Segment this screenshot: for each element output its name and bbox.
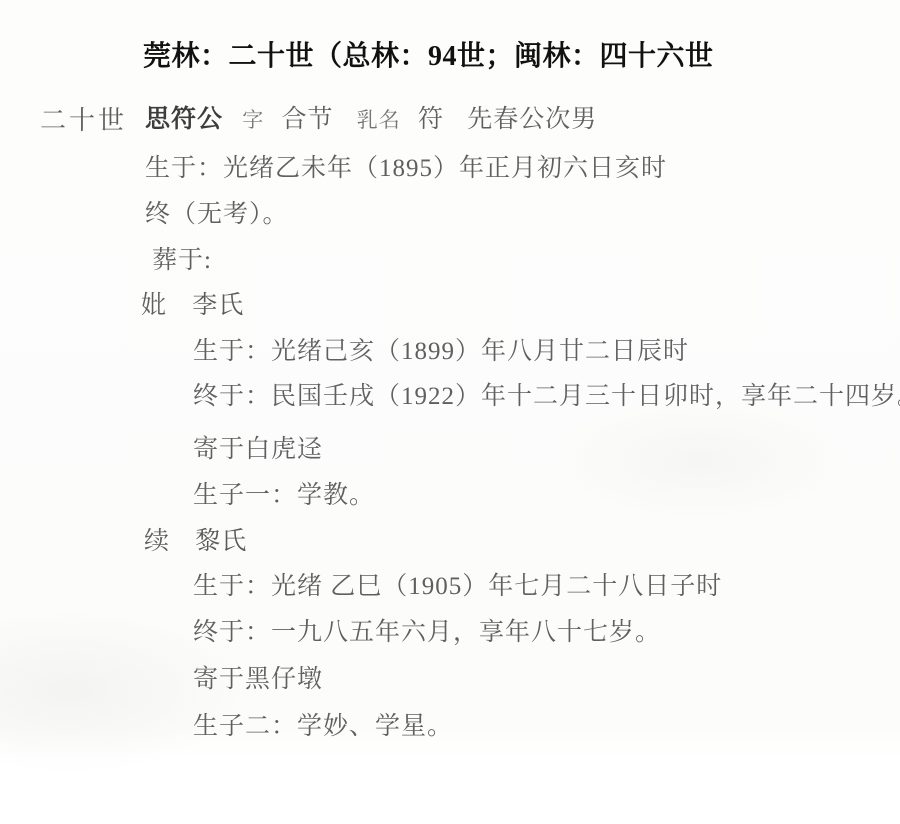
page-title: 莞林：二十世（总林：94世；闽林：四十六世 [143,42,714,73]
courtesy-name: 合节 [282,106,334,133]
spouse-2-header: 续 黎氏 [144,528,247,556]
spouse-2-role-label: 续 [144,528,170,555]
spouse-1-children-line: 生子一：学教。 [193,482,375,510]
spouse-1-role-label: 妣 [141,292,167,319]
spouse-1-birth-line: 生于：光绪己亥（1899）年八月廿二日辰时 [193,338,689,366]
spouse-2-surname: 黎氏 [195,528,247,555]
spouse-2-resting-line: 寄于黑仔墩 [193,666,323,694]
courtesy-name-label: 字 [242,108,264,132]
genealogy-scan-page: 莞林：二十世（总林：94世；闽林：四十六世 二十世 思符公 字 合节 乳名 符 … [0,0,900,824]
spouse-2-death-line: 终于：一九八五年六月，享年八十七岁。 [193,619,661,647]
person-birth-line: 生于：光绪乙未年（1895）年正月初六日亥时 [145,155,667,183]
milk-name: 符 [418,106,444,133]
person-name-line: 思符公 字 合节 乳名 符 先春公次男 [145,106,597,134]
person-death-line: 终（无考）。 [145,201,289,229]
generation-label: 二十世 [40,107,127,136]
person-burial-label: 葬于: [152,247,212,275]
lineage-note: 先春公次男 [467,106,597,133]
person-name: 思符公 [145,106,223,133]
spouse-2-children-line: 生子二：学妙、学星。 [193,713,453,741]
spouse-1-death-line: 终于：民国壬戌（1922）年十二月三十日卯时，享年二十四岁。 [193,383,900,411]
spouse-2-birth-line: 生于：光绪 乙巳（1905）年七月二十八日子时 [193,573,722,601]
spouse-1-surname: 李氏 [192,292,244,319]
spouse-1-header: 妣 李氏 [141,292,244,320]
milk-name-label: 乳名 [357,108,401,132]
spouse-1-resting-line: 寄于白虎迳 [193,436,323,464]
